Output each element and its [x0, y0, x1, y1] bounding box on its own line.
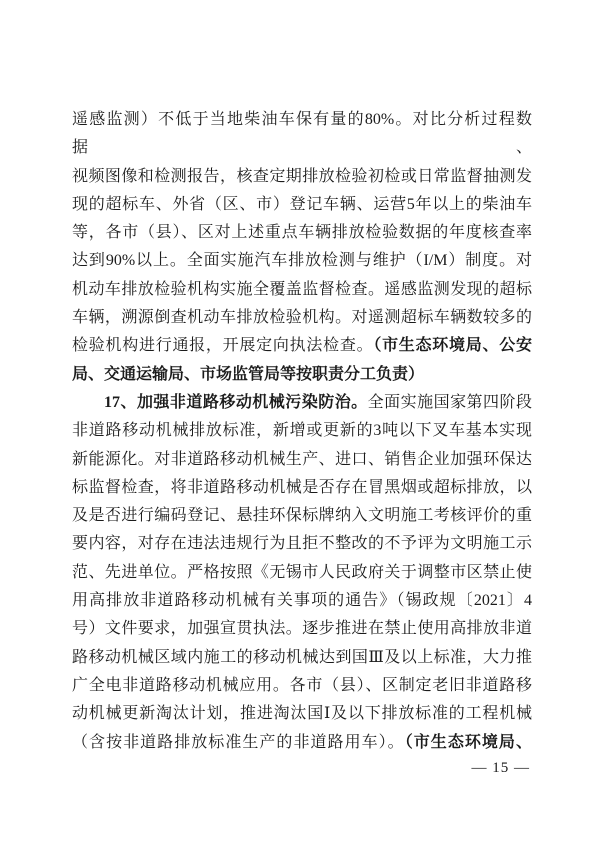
body-run: 广全电非道路移动机械应用。各市（县）、区制定老旧非道路移 — [72, 677, 532, 694]
body-run: 等，各市（县）、区对上述重点车辆排放检验数据的年度核查率 — [72, 224, 532, 241]
body-run: （含按非道路排放标准生产的非道路用车）。 — [72, 734, 405, 751]
responsible-agencies-text: （市生态环境局、 — [405, 734, 532, 751]
body-run: 动机械更新淘汰计划，推进淘汰国Ⅰ及以下排放标准的工程机械 — [72, 705, 532, 722]
body-run: 号）文件要求，加强宣贯执法。逐步推进在禁止使用高排放非道 — [72, 620, 532, 637]
text-line: 路移动机械区域内施工的移动机械达到国Ⅲ及以上标准，大力推 — [72, 644, 532, 672]
body-run: 标监督检查，将非道路移动机械是否存在冒黑烟或超标排放，以 — [72, 479, 532, 496]
text-line: 检验机构进行通报，开展定向执法检查。（市生态环境局、公安 — [72, 332, 532, 360]
body-run: 全面实施国家第四阶段 — [368, 394, 532, 411]
text-line: 标监督检查，将非道路移动机械是否存在冒黑烟或超标排放，以 — [72, 474, 532, 502]
section-heading-text: 17、加强非道路移动机械污染防治。 — [104, 394, 368, 411]
text-line: 及是否进行编码登记、悬挂环保标牌纳入文明施工考核评价的重 — [72, 502, 532, 530]
body-run: 范、先进单位。严格按照《无锡市人民政府关于调整市区禁止使 — [72, 564, 532, 581]
body-run: 视频图像和检测报告，核查定期排放检验初检或日常监督抽测发 — [72, 168, 532, 185]
text-line: 等，各市（县）、区对上述重点车辆排放检验数据的年度核查率 — [72, 219, 532, 247]
responsible-agencies-text: 局、交通运输局、市场监管局等按职责分工负责） — [72, 366, 424, 383]
body-run: 非道路移动机械排放标准，新增或更新的3吨以下叉车基本实现 — [72, 422, 532, 439]
body-run: 遥感监测）不低于当地柴油车保有量的80%。对比分析过程数据、 — [72, 111, 532, 156]
text-line: 车辆，溯源倒查机动车排放检验机构。对遥测超标车辆数较多的 — [72, 304, 532, 332]
body-run: 机动车排放检验机构实施全覆盖监督检查。遥感监测发现的超标 — [72, 281, 532, 298]
body-run: 达到90%以上。全面实施汽车排放检测与维护（I/M）制度。对 — [72, 252, 532, 269]
body-run: 车辆，溯源倒查机动车排放检验机构。对遥测超标车辆数较多的 — [72, 309, 532, 326]
text-line: 17、加强非道路移动机械污染防治。全面实施国家第四阶段 — [72, 389, 532, 417]
text-line: 新能源化。对非道路移动机械生产、进口、销售企业加强环保达 — [72, 446, 532, 474]
text-line: 用高排放非道路移动机械有关事项的通告》（锡政规〔2021〕4 — [72, 587, 532, 615]
text-line: （含按非道路排放标准生产的非道路用车）。（市生态环境局、 — [72, 729, 532, 757]
responsible-agencies-text: （市生态环境局、公安 — [373, 337, 532, 354]
text-line: 视频图像和检测报告，核查定期排放检验初检或日常监督抽测发 — [72, 163, 532, 191]
text-line: 要内容，对存在违法违规行为且拒不整改的不予评为文明施工示 — [72, 530, 532, 558]
text-line: 机动车排放检验机构实施全覆盖监督检查。遥感监测发现的超标 — [72, 276, 532, 304]
text-line: 现的超标车、外省（区、市）登记车辆、运营5年以上的柴油车 — [72, 191, 532, 219]
body-run: 新能源化。对非道路移动机械生产、进口、销售企业加强环保达 — [72, 451, 532, 468]
text-line: 动机械更新淘汰计划，推进淘汰国Ⅰ及以下排放标准的工程机械 — [72, 700, 532, 728]
text-line: 范、先进单位。严格按照《无锡市人民政府关于调整市区禁止使 — [72, 559, 532, 587]
text-line: 号）文件要求，加强宣贯执法。逐步推进在禁止使用高排放非道 — [72, 615, 532, 643]
document-page: 遥感监测）不低于当地柴油车保有量的80%。对比分析过程数据、视频图像和检测报告，… — [0, 0, 600, 848]
body-run: 路移动机械区域内施工的移动机械达到国Ⅲ及以上标准，大力推 — [72, 649, 532, 666]
body-run: 检验机构进行通报，开展定向执法检查。 — [72, 337, 373, 354]
body-run: 及是否进行编码登记、悬挂环保标牌纳入文明施工考核评价的重 — [72, 507, 532, 524]
body-text: 遥感监测）不低于当地柴油车保有量的80%。对比分析过程数据、视频图像和检测报告，… — [72, 106, 532, 757]
text-line: 达到90%以上。全面实施汽车排放检测与维护（I/M）制度。对 — [72, 247, 532, 275]
body-run: 用高排放非道路移动机械有关事项的通告》（锡政规〔2021〕4 — [72, 592, 532, 609]
text-line: 广全电非道路移动机械应用。各市（县）、区制定老旧非道路移 — [72, 672, 532, 700]
text-line: 非道路移动机械排放标准，新增或更新的3吨以下叉车基本实现 — [72, 417, 532, 445]
page-number: — 15 — — [472, 760, 531, 777]
body-run: 现的超标车、外省（区、市）登记车辆、运营5年以上的柴油车 — [72, 196, 532, 213]
body-run: 要内容，对存在违法违规行为且拒不整改的不予评为文明施工示 — [72, 535, 532, 552]
text-line: 局、交通运输局、市场监管局等按职责分工负责） — [72, 361, 532, 389]
text-line: 遥感监测）不低于当地柴油车保有量的80%。对比分析过程数据、 — [72, 106, 532, 163]
